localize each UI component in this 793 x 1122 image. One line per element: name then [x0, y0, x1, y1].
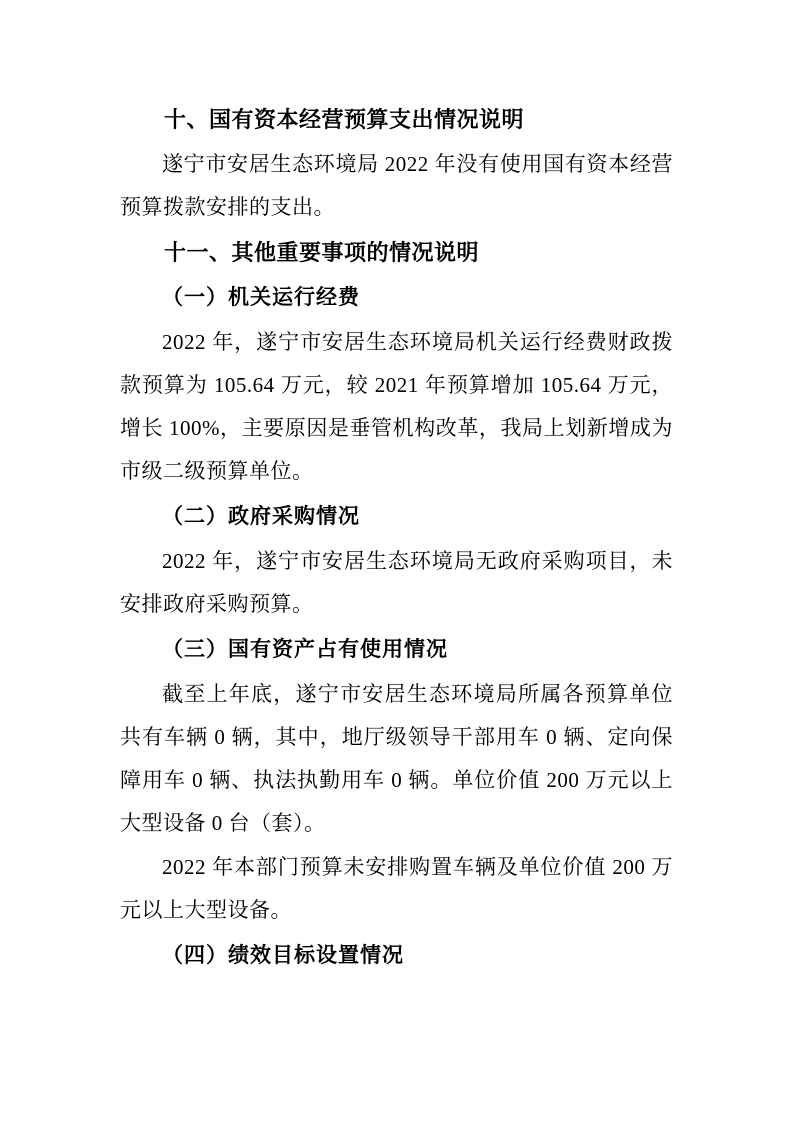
section-heading-other-important-matters: 十一、其他重要事项的情况说明 — [120, 231, 673, 274]
document-page: 十、国有资本经营预算支出情况说明 遂宁市安居生态环境局 2022 年没有使用国有… — [0, 0, 793, 1122]
section-heading-state-capital-budget: 十、国有资本经营预算支出情况说明 — [120, 98, 673, 141]
document-content: 十、国有资本经营预算支出情况说明 遂宁市安居生态环境局 2022 年没有使用国有… — [120, 98, 673, 977]
subsection-heading-performance-targets: （四）绩效目标设置情况 — [120, 934, 673, 977]
paragraph-no-vehicle-purchase: 2022 年本部门预算未安排购置车辆及单位价值 200 万元以上大型设备。 — [120, 846, 673, 932]
subsection-heading-government-procurement: （二）政府采购情况 — [120, 495, 673, 538]
paragraph-operating-expenses: 2022 年，遂宁市安居生态环境局机关运行经费财政拨款预算为 105.64 万元… — [120, 321, 673, 493]
subsection-heading-operating-expenses: （一）机关运行经费 — [120, 276, 673, 319]
paragraph-state-capital-budget: 遂宁市安居生态环境局 2022 年没有使用国有资本经营预算拨款安排的支出。 — [120, 143, 673, 229]
paragraph-state-assets-vehicles: 截至上年底，遂宁市安居生态环境局所属各预算单位共有车辆 0 辆，其中，地厅级领导… — [120, 673, 673, 845]
subsection-heading-state-assets-usage: （三）国有资产占有使用情况 — [120, 628, 673, 671]
paragraph-government-procurement: 2022 年，遂宁市安居生态环境局无政府采购项目，未安排政府采购预算。 — [120, 540, 673, 626]
